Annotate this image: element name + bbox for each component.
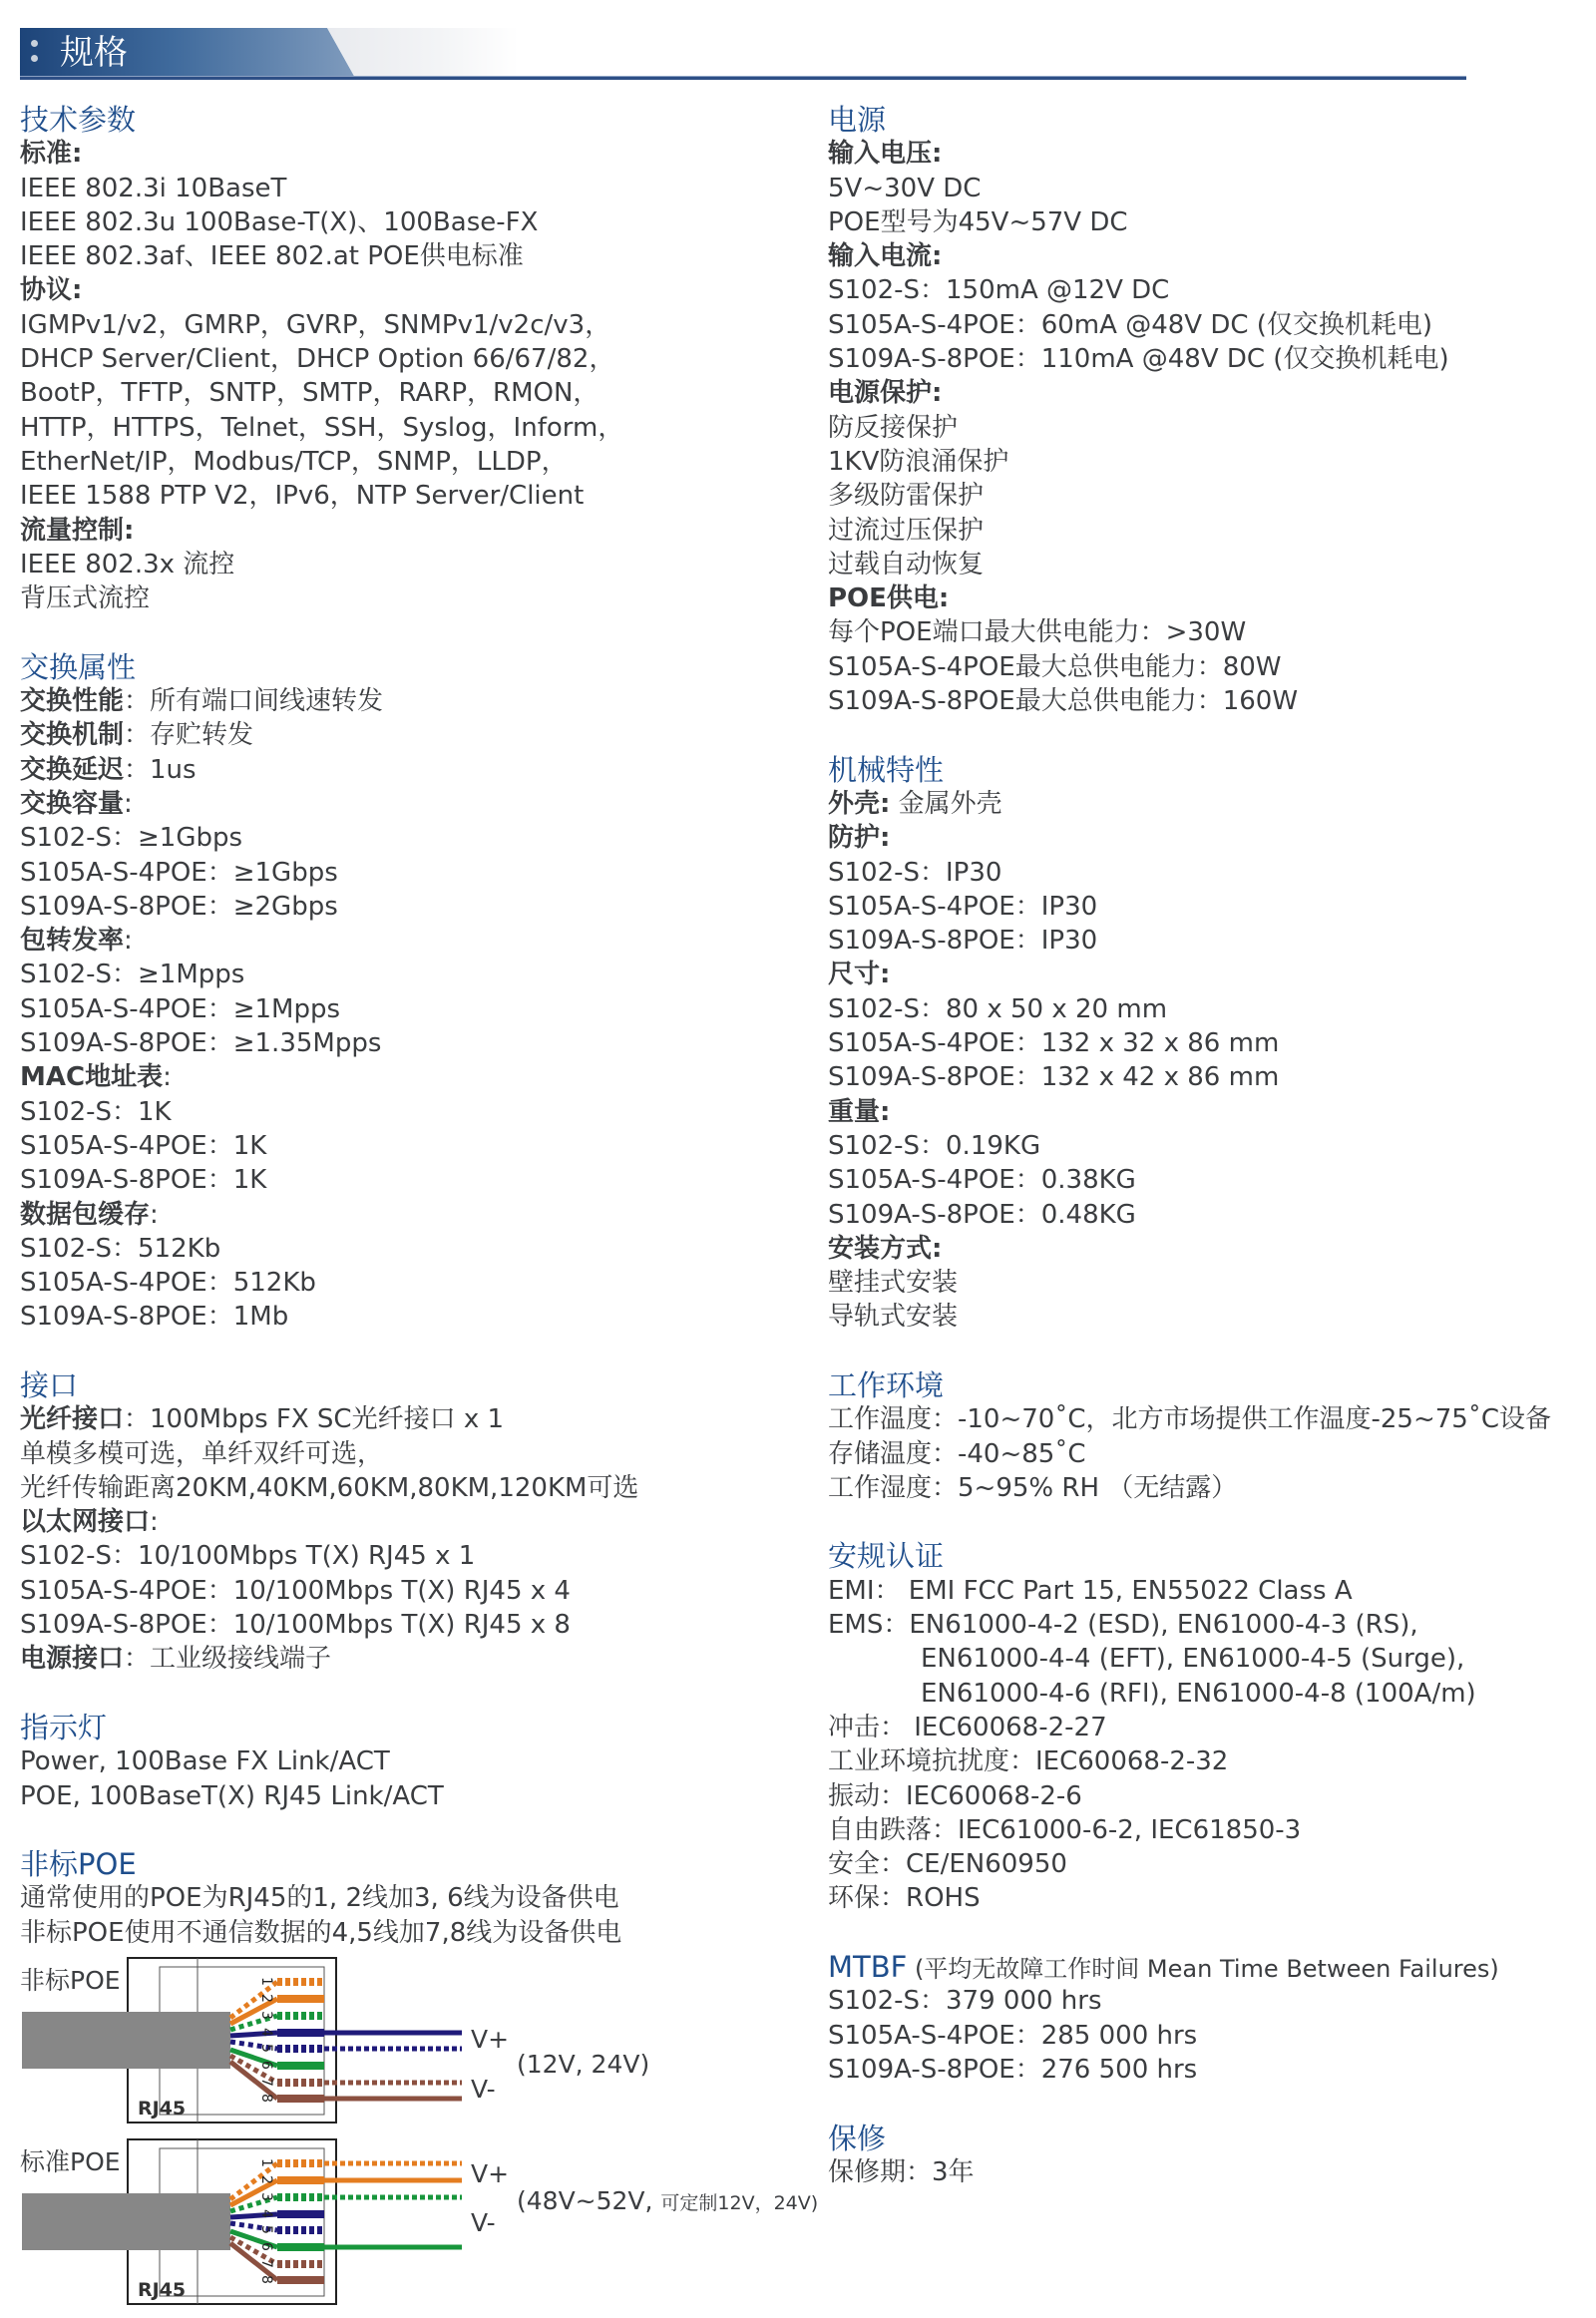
flow-item: 背压式流控 xyxy=(20,581,808,615)
protection-item: 过流过压保护 xyxy=(828,514,1596,548)
poe-item: 每个POE端口最大供电能力：>30W xyxy=(828,615,1596,649)
spacer xyxy=(828,2087,1596,2121)
label-poe-supply: POE供电: xyxy=(828,581,1596,615)
ethernet-item: S105A-S-4POE：10/100Mbps T(X) RJ45 x 4 xyxy=(20,1574,808,1608)
cert-item: 工业环境抗扰度：IEC60068-2-32 xyxy=(828,1744,1596,1778)
pps-label: 包转发率: xyxy=(20,924,808,958)
header-rule xyxy=(20,76,1466,80)
right-column: 电源 输入电压: 5V~30V DC POE型号为45V~57V DC 输入电流… xyxy=(828,103,1596,2189)
value-housing: 金属外壳 xyxy=(890,789,1001,819)
mac-label: MAC地址表: xyxy=(20,1060,808,1094)
cert-item: 安全：CE/EN60950 xyxy=(828,1847,1596,1881)
switch-latency: 交换延迟：1us xyxy=(20,753,808,787)
svg-text:RJ45: RJ45 xyxy=(138,2279,186,2301)
svg-text:2: 2 xyxy=(258,1994,274,2003)
heading-power: 电源 xyxy=(828,103,1596,137)
colon: : xyxy=(163,1062,172,1092)
label-housing: 外壳: xyxy=(828,789,890,819)
label-weight: 重量: xyxy=(828,1095,1596,1129)
protocol-line: IGMPv1/v2，GMRP，GVRP，SNMPv1/v2c/v3， xyxy=(20,308,808,342)
ip-item: S109A-S-8POE：IP30 xyxy=(828,924,1596,958)
label-power-protection: 电源保护: xyxy=(828,376,1596,410)
env-item: 存储温度：-40~85˚C xyxy=(828,1437,1596,1471)
size-item: S109A-S-8POE：132 x 42 x 86 mm xyxy=(828,1060,1596,1094)
current-item: S102-S：150mA @12V DC xyxy=(828,273,1596,307)
spacer xyxy=(828,1505,1596,1539)
label-performance: 交换性能 xyxy=(20,686,124,716)
mount-item: 导轨式安装 xyxy=(828,1300,1596,1334)
protection-item: 多级防雷保护 xyxy=(828,479,1596,513)
poe-item: S105A-S-4POE最大总供电能力：80W xyxy=(828,650,1596,684)
switch-capacity-label: 交换容量: xyxy=(20,787,808,821)
protection-item: 1KV防浪涌保护 xyxy=(828,445,1596,479)
voltage-note-custom: 可定制12V，24V) xyxy=(660,2192,818,2214)
colon: : xyxy=(150,1200,159,1230)
ip-item: S105A-S-4POE：IP30 xyxy=(828,890,1596,924)
section-banner: 规格 xyxy=(20,28,519,78)
value-fiber: ：100Mbps FX SC光纤接口 x 1 xyxy=(124,1404,504,1434)
cert-ems: EN61000-4-4 (EFT), EN61000-4-5 (Surge), xyxy=(828,1642,1596,1676)
poe-note: 通常使用的POE为RJ45的1, 2线加3, 6线为设备供电 xyxy=(20,1881,808,1915)
heading-certification: 安规认证 xyxy=(828,1539,1596,1573)
current-item: S105A-S-4POE：60mA @48V DC (仅交换机耗电) xyxy=(828,308,1596,342)
poe-item: S109A-S-8POE最大总供电能力：160W xyxy=(828,684,1596,718)
voltage-note-nonstd: (12V, 24V) xyxy=(517,2050,649,2079)
heading-environment: 工作环境 xyxy=(828,1368,1596,1402)
buffer-label: 数据包缓存: xyxy=(20,1198,808,1232)
fiber-note: 单模多模可选，单纤双纤可选， xyxy=(20,1437,808,1471)
colon: : xyxy=(124,926,133,956)
weight-item: S102-S：0.19KG xyxy=(828,1129,1596,1163)
label-latency: 交换延迟 xyxy=(20,755,124,785)
vminus-label: V- xyxy=(471,2075,496,2104)
protocol-line: IEEE 1588 PTP V2，IPv6，NTP Server/Client xyxy=(20,479,808,513)
capacity-item: S102-S：≥1Gbps xyxy=(20,821,808,855)
mtbf-item: S105A-S-4POE：285 000 hrs xyxy=(828,2019,1596,2053)
value-latency: ：1us xyxy=(124,755,197,785)
spacer xyxy=(20,615,808,649)
value-power-interface: ：工业级接线端子 xyxy=(124,1644,331,1674)
voltage-note-std: (48V~52V, 可定制12V，24V) xyxy=(517,2186,818,2215)
label-mac: MAC地址表 xyxy=(20,1062,163,1092)
buffer-item: S105A-S-4POE：512Kb xyxy=(20,1266,808,1300)
heading-switching: 交换属性 xyxy=(20,650,808,684)
label-buffer: 数据包缓存 xyxy=(20,1200,150,1230)
value-performance: ：所有端口间线速转发 xyxy=(124,686,383,716)
banner-title: 规格 xyxy=(60,32,128,74)
svg-text:2: 2 xyxy=(258,2175,274,2184)
protocol-line: BootP，TFTP，SNTP，SMTP，RARP，RMON， xyxy=(20,376,808,410)
left-column: 技术参数 标准: IEEE 802.3i 10BaseT IEEE 802.3u… xyxy=(20,103,808,1950)
svg-text:8: 8 xyxy=(258,2094,274,2103)
label-standard: 标准: xyxy=(20,137,808,171)
mac-item: S105A-S-4POE：1K xyxy=(20,1129,808,1163)
standard-item: IEEE 802.3i 10BaseT xyxy=(20,172,808,205)
cert-item: 自由跌落：IEC61000-6-2, IEC61850-3 xyxy=(828,1813,1596,1847)
buffer-item: S109A-S-8POE：1Mb xyxy=(20,1300,808,1334)
pps-item: S109A-S-8POE：≥1.35Mpps xyxy=(20,1026,808,1060)
ethernet-label: 以太网接口: xyxy=(20,1505,808,1539)
vplus-label: V+ xyxy=(471,2025,509,2054)
label-capacity: 交换容量 xyxy=(20,789,124,819)
voltage-item: POE型号为45V~57V DC xyxy=(828,205,1596,239)
fiber-interface: 光纤接口：100Mbps FX SC光纤接口 x 1 xyxy=(20,1402,808,1436)
protocol-line: HTTP，HTTPS，Telnet，SSH，Syslog，Inform， xyxy=(20,411,808,445)
standard-item: IEEE 802.3u 100Base-T(X)、100Base-FX xyxy=(20,205,808,239)
cert-item: 振动：IEC60068-2-6 xyxy=(828,1779,1596,1813)
mac-item: S109A-S-8POE：1K xyxy=(20,1163,808,1197)
heading-warranty: 保修 xyxy=(828,2122,1596,2155)
mtbf-item: S102-S：379 000 hrs xyxy=(828,1984,1596,2018)
env-item: 工作温度：-10~70˚C，北方市场提供工作温度-25~75˚C设备 xyxy=(828,1402,1596,1436)
spacer xyxy=(828,1916,1596,1950)
label-ethernet: 以太网接口 xyxy=(20,1507,150,1537)
vplus-label: V+ xyxy=(471,2159,509,2188)
switch-performance: 交换性能：所有端口间线速转发 xyxy=(20,684,808,718)
mount-item: 壁挂式安装 xyxy=(828,1266,1596,1300)
svg-text:6: 6 xyxy=(258,2061,274,2070)
spacer xyxy=(20,1677,808,1711)
heading-leds: 指示灯 xyxy=(20,1711,808,1744)
spacer xyxy=(20,1335,808,1368)
protection-item: 过载自动恢复 xyxy=(828,548,1596,581)
mtbf-subtitle: (平均无故障工作时间 Mean Time Between Failures) xyxy=(907,1955,1498,1983)
cert-ems: EN61000-4-6 (RFI), EN61000-4-8 (100A/m) xyxy=(828,1677,1596,1711)
svg-text:3: 3 xyxy=(258,2011,274,2020)
label-mounting: 安装方式: xyxy=(828,1232,1596,1266)
label-protocol: 协议: xyxy=(20,273,808,307)
led-item: Power, 100Base FX Link/ACT xyxy=(20,1744,808,1778)
protection-item: 防反接保护 xyxy=(828,411,1596,445)
switch-mechanism: 交换机制：存贮转发 xyxy=(20,718,808,752)
voltage-note-main: (48V~52V, xyxy=(517,2186,660,2215)
heading-tech-params: 技术参数 xyxy=(20,103,808,137)
size-item: S105A-S-4POE：132 x 32 x 86 mm xyxy=(828,1026,1596,1060)
env-item: 工作湿度：5~95% RH （无结露） xyxy=(828,1471,1596,1505)
spacer xyxy=(20,1813,808,1847)
buffer-item: S102-S：512Kb xyxy=(20,1232,808,1266)
colon: : xyxy=(124,789,133,819)
cert-item: 冲击： IEC60068-2-27 xyxy=(828,1711,1596,1744)
svg-text:6: 6 xyxy=(258,2242,274,2251)
label-power-interface: 电源接口 xyxy=(20,1644,124,1674)
svg-text:7: 7 xyxy=(258,2078,274,2087)
spacer xyxy=(828,718,1596,752)
label-protection-rating: 防护: xyxy=(828,821,1596,855)
ethernet-item: S109A-S-8POE：10/100Mbps T(X) RJ45 x 8 xyxy=(20,1608,808,1642)
cert-emi: EMI： EMI FCC Part 15, EN55022 Class A xyxy=(828,1574,1596,1608)
weight-item: S109A-S-8POE：0.48KG xyxy=(828,1198,1596,1232)
spacer xyxy=(828,1335,1596,1368)
protocol-line: EtherNet/IP，Modbus/TCP，SNMP，LLDP， xyxy=(20,445,808,479)
value-mechanism: ：存贮转发 xyxy=(124,720,253,750)
svg-text:1: 1 xyxy=(258,1977,274,1986)
label-input-current: 输入电流: xyxy=(828,239,1596,273)
flow-item: IEEE 802.3x 流控 xyxy=(20,548,808,581)
led-item: POE, 100BaseT(X) RJ45 Link/ACT xyxy=(20,1779,808,1813)
heading-mtbf: MTBF (平均无故障工作时间 Mean Time Between Failur… xyxy=(828,1950,1596,1984)
capacity-item: S109A-S-8POE：≥2Gbps xyxy=(20,890,808,924)
ethernet-item: S102-S：10/100Mbps T(X) RJ45 x 1 xyxy=(20,1539,808,1573)
cert-ems: EMS：EN61000-4-2 (ESD), EN61000-4-3 (RS), xyxy=(828,1608,1596,1642)
svg-text:7: 7 xyxy=(258,2259,274,2268)
svg-text:1: 1 xyxy=(258,2158,274,2167)
protocol-line: DHCP Server/Client，DHCP Option 66/67/82， xyxy=(20,342,808,376)
poe-note: 非标POE使用不通信数据的4,5线加7,8线为设备供电 xyxy=(20,1916,808,1950)
svg-text:4: 4 xyxy=(258,2209,274,2218)
pps-item: S105A-S-4POE：≥1Mpps xyxy=(20,992,808,1026)
heading-interfaces: 接口 xyxy=(20,1368,808,1402)
svg-text:RJ45: RJ45 xyxy=(138,2098,186,2120)
heading-mechanical: 机械特性 xyxy=(828,753,1596,787)
mtbf-item: S109A-S-8POE：276 500 hrs xyxy=(828,2053,1596,2087)
label-input-voltage: 输入电压: xyxy=(828,137,1596,171)
standard-item: IEEE 802.3af、IEEE 802.at POE供电标准 xyxy=(20,239,808,273)
svg-text:8: 8 xyxy=(258,2275,274,2284)
label-size: 尺寸: xyxy=(828,958,1596,991)
mac-item: S102-S：1K xyxy=(20,1095,808,1129)
label-flow-control: 流量控制: xyxy=(20,514,808,548)
housing: 外壳: 金属外壳 xyxy=(828,787,1596,821)
size-item: S102-S：80 x 50 x 20 mm xyxy=(828,992,1596,1026)
weight-item: S105A-S-4POE：0.38KG xyxy=(828,1163,1596,1197)
svg-text:5: 5 xyxy=(258,2044,274,2053)
pps-item: S102-S：≥1Mpps xyxy=(20,958,808,991)
vminus-label: V- xyxy=(471,2208,496,2237)
cert-item: 环保：ROHS xyxy=(828,1881,1596,1915)
heading-nonstd-poe: 非标POE xyxy=(20,1847,808,1881)
voltage-item: 5V~30V DC xyxy=(828,172,1596,205)
rj45-std-poe-diagram: 1 2 3 4 5 6 7 8 RJ45 xyxy=(0,2131,479,2311)
rj45-nonstd-poe-diagram: 1 2 3 4 5 6 7 8 RJ45 xyxy=(0,1950,479,2129)
colon: : xyxy=(150,1507,159,1537)
warranty-period: 保修期：3年 xyxy=(828,2155,1596,2189)
ip-item: S102-S：IP30 xyxy=(828,856,1596,890)
mtbf-title: MTBF xyxy=(828,1950,907,1984)
label-mechanism: 交换机制 xyxy=(20,720,124,750)
power-interface: 电源接口：工业级接线端子 xyxy=(20,1642,808,1676)
label-fiber: 光纤接口 xyxy=(20,1404,124,1434)
current-item: S109A-S-8POE：110mA @48V DC (仅交换机耗电) xyxy=(828,342,1596,376)
label-pps: 包转发率 xyxy=(20,926,124,956)
capacity-item: S105A-S-4POE：≥1Gbps xyxy=(20,856,808,890)
colon-dots-icon xyxy=(31,40,39,66)
svg-text:5: 5 xyxy=(258,2225,274,2234)
fiber-note: 光纤传输距离20KM,40KM,60KM,80KM,120KM可选 xyxy=(20,1471,808,1505)
svg-text:4: 4 xyxy=(258,2028,274,2037)
svg-text:3: 3 xyxy=(258,2192,274,2201)
